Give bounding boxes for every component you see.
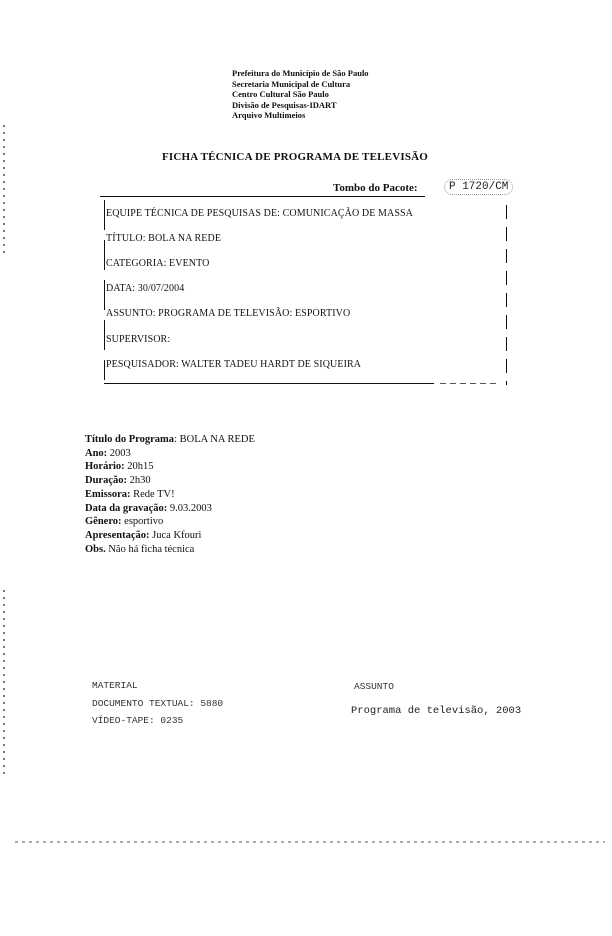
bottom-rule [104, 383, 434, 384]
tombo-label: Tombo do Pacote: [333, 182, 418, 194]
institution-header: Prefeitura do Município de São Paulo Sec… [232, 68, 369, 121]
info-row: Duração: 2h30 [85, 474, 255, 488]
info-row: Emissora: Rede TV! [85, 488, 255, 502]
scan-bottom-dots [15, 841, 605, 843]
header-line: Secretaria Municipal de Cultura [232, 79, 369, 90]
scan-margin-dots [3, 590, 5, 775]
top-rule [100, 196, 425, 197]
form-box-right-border [506, 205, 507, 385]
document-title: FICHA TÉCNICA DE PROGRAMA DE TELEVISÃO [162, 151, 428, 163]
info-row: Gênero: esportivo [85, 515, 255, 529]
form-supervisor: SUPERVISOR: [106, 334, 170, 345]
header-line: Centro Cultural São Paulo [232, 89, 369, 100]
material-heading: MATERIAL [92, 680, 138, 691]
material-video: VÍDEO-TAPE: 0235 [92, 715, 183, 726]
form-box-left-border [104, 200, 105, 380]
material-documento: DOCUMENTO TEXTUAL: 5880 [92, 698, 223, 709]
header-line: Prefeitura do Município de São Paulo [232, 68, 369, 79]
form-titulo: TÍTULO: BOLA NA REDE [106, 233, 221, 244]
form-data: DATA: 30/07/2004 [106, 283, 184, 294]
header-line: Divisão de Pesquisas-IDART [232, 100, 369, 111]
info-row: Ano: 2003 [85, 447, 255, 461]
info-row: Título do Programa: BOLA NA REDE [85, 433, 255, 447]
scan-margin-dots [3, 125, 5, 255]
form-categoria: CATEGORIA: EVENTO [106, 258, 209, 269]
info-row: Data da gravação: 9.03.2003 [85, 502, 255, 516]
info-row: Horário: 20h15 [85, 460, 255, 474]
info-row: Obs. Não há ficha técnica [85, 543, 255, 557]
assunto-heading: ASSUNTO [354, 681, 394, 692]
form-pesquisador: PESQUISADOR: WALTER TADEU HARDT DE SIQUE… [106, 359, 361, 370]
bottom-rule-dashed [440, 383, 500, 384]
program-info: Título do Programa: BOLA NA REDE Ano: 20… [85, 433, 255, 556]
header-line: Arquivo Multimeios [232, 110, 369, 121]
form-equipe: EQUIPE TÉCNICA DE PESQUISAS DE: COMUNICA… [106, 208, 413, 219]
info-row: Apresentação: Juca Kfouri [85, 529, 255, 543]
form-assunto: ASSUNTO: PROGRAMA DE TELEVISÃO: ESPORTIV… [106, 308, 350, 319]
assunto-value: Programa de televisão, 2003 [351, 705, 521, 717]
tombo-stamp: P 1720/CM [444, 179, 513, 195]
